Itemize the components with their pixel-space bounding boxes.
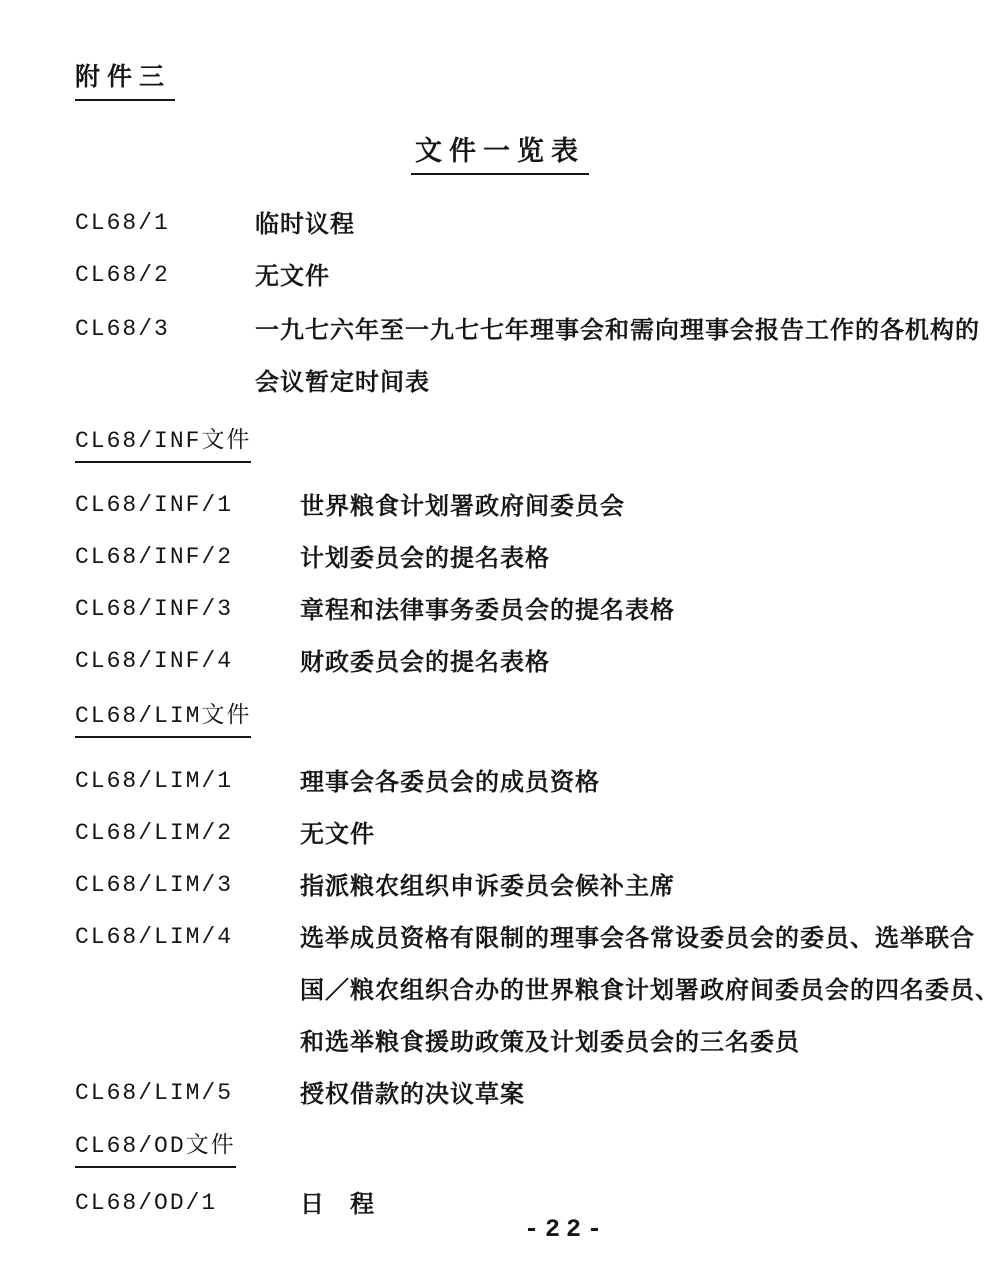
page-sheet: 附件三 文件一览表 CL68/1 临时议程 CL68/2 无文件 CL68/3 … <box>0 0 1000 1278</box>
document-description: 和选举粮食援助政策及计划委员会的三名委员 <box>300 1028 800 1056</box>
document-description: 财政委员会的提名表格 <box>300 648 550 676</box>
document-code: CL68/INF/4 <box>75 648 233 674</box>
document-code: CL68/LIM/4 <box>75 924 233 950</box>
section-heading: CL68/LIM文件 <box>75 703 251 738</box>
document-description: 无文件 <box>300 820 375 848</box>
document-description: 会议暂定时间表 <box>255 368 430 396</box>
document-title: 文件一览表 <box>411 136 589 175</box>
document-description: 世界粮食计划署政府间委员会 <box>300 492 625 520</box>
document-description: 日 程 <box>300 1190 375 1218</box>
document-description: 指派粮农组织申诉委员会候补主席 <box>300 872 675 900</box>
section-heading: CL68/OD文件 <box>75 1133 236 1168</box>
section-heading: CL68/INF文件 <box>75 428 251 463</box>
document-code: CL68/LIM/5 <box>75 1080 233 1106</box>
document-code: CL68/LIM/3 <box>75 872 233 898</box>
document-description: 理事会各委员会的成员资格 <box>300 768 600 796</box>
title-row: 文件一览表 <box>0 136 1000 175</box>
document-code: CL68/INF/2 <box>75 544 233 570</box>
document-description: 临时议程 <box>255 210 355 238</box>
document-description: 一九七六年至一九七七年理事会和需向理事会报告工作的各机构的 <box>255 316 980 344</box>
document-description: 选举成员资格有限制的理事会各常设委员会的委员、选举联合 <box>300 924 975 952</box>
document-code: CL68/LIM/2 <box>75 820 233 846</box>
document-code: CL68/LIM/1 <box>75 768 233 794</box>
document-description: 计划委员会的提名表格 <box>300 544 550 572</box>
document-code: CL68/2 <box>75 262 170 288</box>
document-code: CL68/1 <box>75 210 170 236</box>
document-description: 章程和法律事务委员会的提名表格 <box>300 596 675 624</box>
document-description: 无文件 <box>255 262 330 290</box>
page-number-row: -22- <box>0 1216 1000 1245</box>
document-description: 授权借款的决议草案 <box>300 1080 525 1108</box>
document-code: CL68/3 <box>75 316 170 342</box>
page-number: -22- <box>524 1216 608 1245</box>
document-code: CL68/INF/1 <box>75 492 233 518</box>
document-description: 国／粮农组织合办的世界粮食计划署政府间委员会的四名委员、 <box>300 976 1000 1004</box>
document-code: CL68/OD/1 <box>75 1190 217 1216</box>
annex-label: 附件三 <box>75 64 175 101</box>
document-code: CL68/INF/3 <box>75 596 233 622</box>
